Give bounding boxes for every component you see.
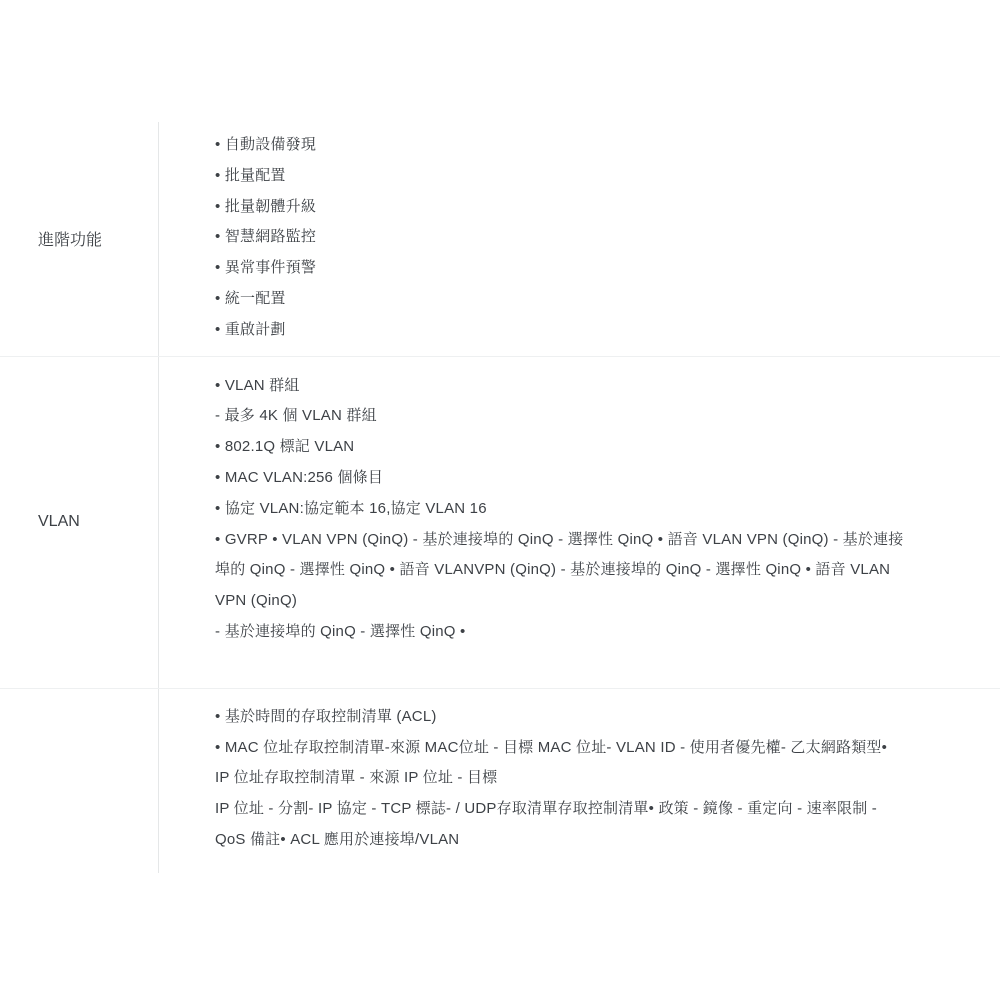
spec-row-acl: • 基於時間的存取控制清單 (ACL) • MAC 位址存取控制清單-來源 MA… bbox=[0, 688, 1000, 873]
spec-row-advanced-features: 進階功能 • 自動設備發現 • 批量配置 • 批量韌體升級 • 智慧網路監控 •… bbox=[0, 122, 1000, 356]
spec-line: QoS 備註• ACL 應用於連接埠/VLAN bbox=[215, 825, 982, 856]
spec-line: • MAC 位址存取控制清單-來源 MAC位址 - 目標 MAC 位址- VLA… bbox=[215, 733, 982, 764]
spec-line: IP 位址存取控制清單 - 來源 IP 位址 - 目標 bbox=[215, 763, 982, 794]
spec-line: • GVRP • VLAN VPN (QinQ) - 基於連接埠的 QinQ -… bbox=[215, 525, 982, 556]
spec-row-label-acl bbox=[0, 689, 158, 873]
spec-row-content-vlan: • VLAN 群組 - 最多 4K 個 VLAN 群組 • 802.1Q 標記 … bbox=[158, 357, 1000, 688]
spec-line: • 基於時間的存取控制清單 (ACL) bbox=[215, 702, 982, 733]
spec-row-content-acl: • 基於時間的存取控制清單 (ACL) • MAC 位址存取控制清單-來源 MA… bbox=[158, 689, 1000, 873]
spec-line: 埠的 QinQ - 選擇性 QinQ • 語音 VLANVPN (QinQ) -… bbox=[215, 555, 982, 586]
spec-line: • 重啟計劃 bbox=[215, 315, 982, 346]
spec-line: • 協定 VLAN:協定範本 16,協定 VLAN 16 bbox=[215, 494, 982, 525]
spec-line: • 802.1Q 標記 VLAN bbox=[215, 432, 982, 463]
spec-row-content-advanced-features: • 自動設備發現 • 批量配置 • 批量韌體升級 • 智慧網路監控 • 異常事件… bbox=[158, 122, 1000, 356]
spec-line: • VLAN 群組 bbox=[215, 371, 982, 402]
spec-line: - 最多 4K 個 VLAN 群組 bbox=[215, 401, 982, 432]
spec-line: IP 位址 - 分割- IP 協定 - TCP 標誌- / UDP存取清單存取控… bbox=[215, 794, 982, 825]
spec-table: 進階功能 • 自動設備發現 • 批量配置 • 批量韌體升級 • 智慧網路監控 •… bbox=[0, 122, 1000, 873]
spec-row-vlan: VLAN • VLAN 群組 - 最多 4K 個 VLAN 群組 • 802.1… bbox=[0, 356, 1000, 688]
spec-line: • MAC VLAN:256 個條目 bbox=[215, 463, 982, 494]
spec-row-label-vlan: VLAN bbox=[0, 357, 158, 688]
spec-line: VPN (QinQ) bbox=[215, 586, 982, 617]
spec-line: • 自動設備發現 bbox=[215, 130, 982, 161]
spec-line: • 統一配置 bbox=[215, 284, 982, 315]
spec-row-label-advanced-features: 進階功能 bbox=[0, 122, 158, 356]
spec-line: • 批量配置 bbox=[215, 161, 982, 192]
spec-line: • 智慧網路監控 bbox=[215, 222, 982, 253]
spec-line: • 異常事件預警 bbox=[215, 253, 982, 284]
spec-line: - 基於連接埠的 QinQ - 選擇性 QinQ • bbox=[215, 617, 982, 648]
spec-line: • 批量韌體升級 bbox=[215, 192, 982, 223]
